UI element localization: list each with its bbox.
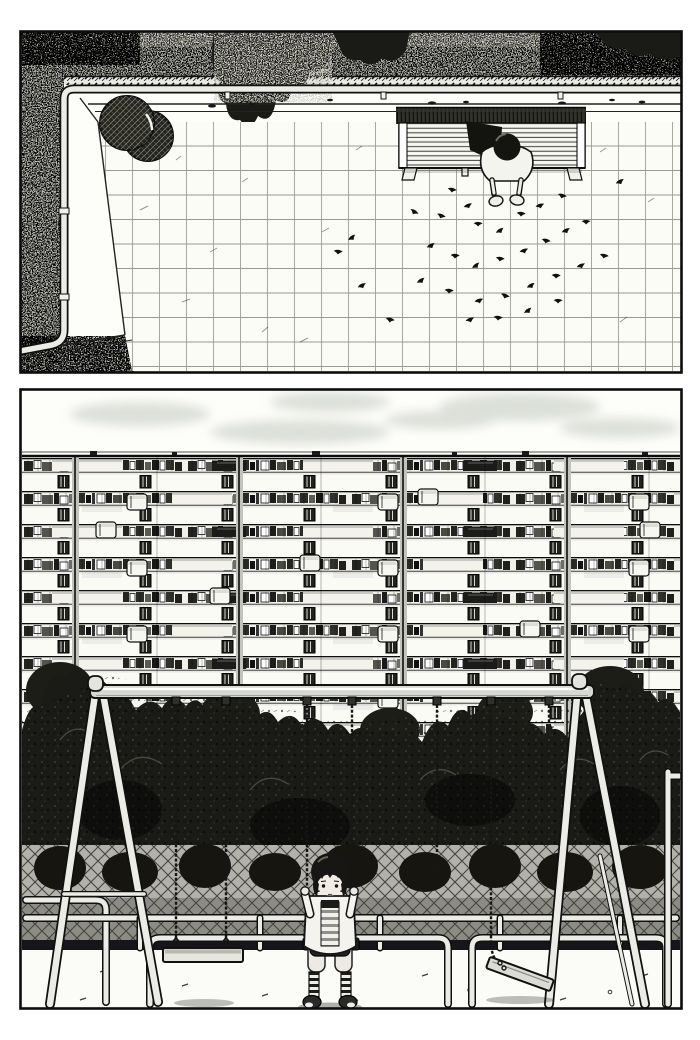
striped-shirt: [321, 902, 339, 946]
hand: [301, 887, 309, 895]
eye: [335, 884, 338, 887]
pipe-collar: [59, 208, 69, 214]
child-head: [311, 853, 349, 897]
hand: [350, 887, 358, 895]
panel-playground-housing: [20, 389, 682, 1012]
tile-floor: [98, 122, 682, 371]
bench-hedge: [396, 107, 586, 124]
pipe-collar: [59, 294, 69, 300]
wrapped-chain: [546, 724, 553, 736]
bench-endcap: [399, 123, 407, 168]
manga-page: [0, 0, 700, 1040]
fence-hedge-strip: [64, 76, 682, 85]
left-apex-cap: [88, 676, 103, 691]
swing-top-bar: [90, 685, 594, 698]
right-apex-cap: [572, 674, 587, 689]
shirt-collar: [321, 900, 339, 908]
eye: [322, 884, 325, 887]
bench-endcap: [577, 123, 585, 168]
panel-plaza-overhead: [20, 31, 682, 373]
